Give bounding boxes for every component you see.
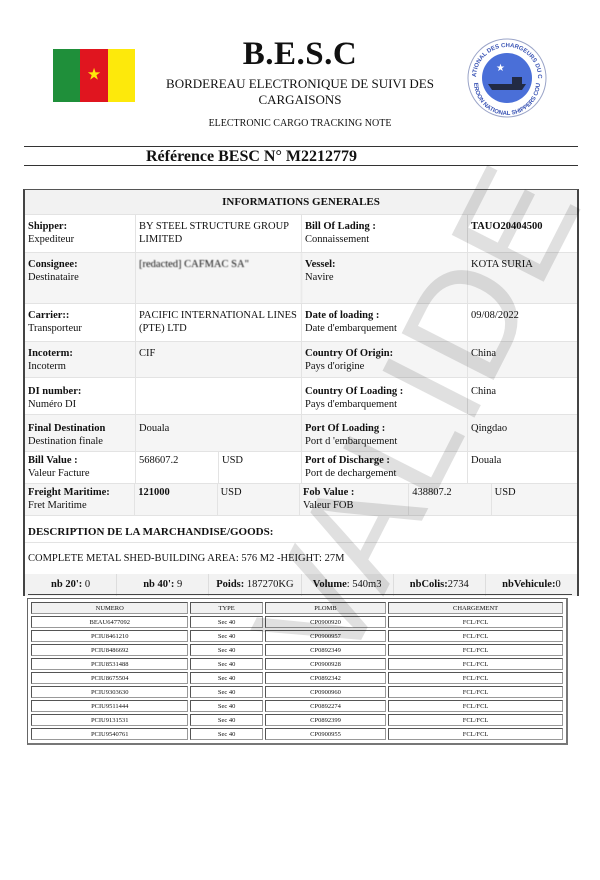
table-cell: CP0900957 xyxy=(265,630,386,642)
table-cell: Sec 40 xyxy=(190,672,262,684)
goods-heading: DESCRIPTION DE LA MARCHANDISE/GOODS: xyxy=(25,516,577,543)
document-subtitle: BORDEREAU ELECTRONIQUE DE SUIVI DES CARG… xyxy=(150,76,450,108)
info-row: Incoterm:IncotermCIFCountry Of Origin:Pa… xyxy=(25,342,577,378)
table-row: PCIU8486692Sec 40CP0892349FCL/FCL xyxy=(31,644,563,656)
document-header: B.E.S.C BORDEREAU ELECTRONIQUE DE SUIVI … xyxy=(150,36,450,108)
table-row: PCIU9303630Sec 40CP0900960FCL/FCL xyxy=(31,686,563,698)
goods-stat: nbColis:2734 xyxy=(394,574,486,596)
table-cell: Sec 40 xyxy=(190,728,262,740)
info-row-freight: Freight Maritime:Fret Maritime 121000 US… xyxy=(25,484,577,516)
info-row: Carrier::TransporteurPACIFIC INTERNATION… xyxy=(25,304,577,342)
table-cell: Sec 40 xyxy=(190,700,262,712)
info-row: Shipper:ExpediteurBY STEEL STRUCTURE GRO… xyxy=(25,215,577,253)
divider xyxy=(24,165,578,166)
field-value: BY STEEL STRUCTURE GROUP LIMITED xyxy=(136,215,302,252)
field-value: PACIFIC INTERNATIONAL LINES (PTE) LTD xyxy=(136,304,302,341)
shippers-council-seal-icon: CONSEIL NATIONAL DES CHARGEURS DU CAMERO… xyxy=(464,38,550,118)
table-cell: Sec 40 xyxy=(190,644,262,656)
table-cell: CP0900928 xyxy=(265,658,386,670)
table-cell: FCL/FCL xyxy=(388,714,563,726)
table-row: PCIU9540761Sec 40CP0900955FCL/FCL xyxy=(31,728,563,740)
table-cell: CP0892274 xyxy=(265,700,386,712)
table-cell: CP0892399 xyxy=(265,714,386,726)
field-value: CIF xyxy=(136,342,302,377)
table-cell: Sec 40 xyxy=(190,686,262,698)
table-row: BEAU6477092Sec 40CP0900920FCL/FCL xyxy=(31,616,563,628)
table-row: PCIU9511444Sec 40CP0892274FCL/FCL xyxy=(31,700,563,712)
table-cell: CP0900955 xyxy=(265,728,386,740)
fob-currency: USD xyxy=(492,484,577,515)
star-icon: ★ xyxy=(87,67,101,83)
freight-amount: 121000 xyxy=(135,484,217,515)
field-value: 09/08/2022 xyxy=(468,304,577,341)
svg-text:★: ★ xyxy=(496,63,505,74)
table-cell: PCIU8531488 xyxy=(31,658,188,670)
goods-stats: nb 20': 0nb 40': 9Poids: 187270KGVolume:… xyxy=(25,574,577,596)
document-title: B.E.S.C xyxy=(150,36,450,72)
bill-value-amount: 568607.2 xyxy=(136,452,219,483)
table-cell: FCL/FCL xyxy=(388,686,563,698)
table-cell: Sec 40 xyxy=(190,714,262,726)
column-header: CHARGEMENT xyxy=(388,602,563,614)
table-cell: CP0900960 xyxy=(265,686,386,698)
table-row: PCIU8531488Sec 40CP0900928FCL/FCL xyxy=(31,658,563,670)
info-row-bill-value: Bill Value :Valeur Facture 568607.2 USD … xyxy=(25,452,577,484)
table-row: PCIU8461210Sec 40CP0900957FCL/FCL xyxy=(31,630,563,642)
table-cell: Sec 40 xyxy=(190,616,262,628)
table-cell: CP0892349 xyxy=(265,644,386,656)
goods-stat: nbVehicule:0 xyxy=(486,574,577,596)
field-value: Douala xyxy=(136,415,302,451)
column-header: PLOMB xyxy=(265,602,386,614)
table-cell: CP0900920 xyxy=(265,616,386,628)
field-value: Qingdao xyxy=(468,415,577,451)
info-row: Final DestinationDestination finaleDoual… xyxy=(25,415,577,452)
section-heading: INFORMATIONS GENERALES xyxy=(25,190,577,215)
goods-stat: nb 20': 0 xyxy=(25,574,117,596)
cameroon-flag-icon: ★ xyxy=(53,49,135,102)
divider xyxy=(28,594,572,595)
info-row: Consignee:Destinataire[redacted] CAFMAC … xyxy=(25,253,577,304)
port-of-discharge-value: Douala xyxy=(468,452,577,483)
field-value: KOTA SURIA xyxy=(468,253,577,303)
table-cell: FCL/FCL xyxy=(388,728,563,740)
table-cell: FCL/FCL xyxy=(388,630,563,642)
info-row: DI number:Numéro DICountry Of Loading :P… xyxy=(25,378,577,415)
goods-stat: nb 40': 9 xyxy=(117,574,209,596)
table-cell: FCL/FCL xyxy=(388,644,563,656)
freight-currency: USD xyxy=(218,484,300,515)
table-cell: PCIU8486692 xyxy=(31,644,188,656)
table-cell: FCL/FCL xyxy=(388,672,563,684)
table-cell: FCL/FCL xyxy=(388,616,563,628)
goods-stat: Volume: 540m3 xyxy=(302,574,394,596)
table-cell: FCL/FCL xyxy=(388,700,563,712)
column-header: NUMERO xyxy=(31,602,188,614)
field-value: China xyxy=(468,342,577,377)
table-cell: BEAU6477092 xyxy=(31,616,188,628)
field-value xyxy=(136,378,302,414)
table-cell: Sec 40 xyxy=(190,630,262,642)
table-cell: PCIU9131531 xyxy=(31,714,188,726)
divider xyxy=(24,146,578,147)
table-cell: PCIU9511444 xyxy=(31,700,188,712)
field-value: TAUO20404500 xyxy=(468,215,577,252)
table-row: PCIU9131531Sec 40CP0892399FCL/FCL xyxy=(31,714,563,726)
table-cell: PCIU8461210 xyxy=(31,630,188,642)
table-cell: PCIU9540761 xyxy=(31,728,188,740)
field-value: [redacted] CAFMAC SA" xyxy=(136,253,302,303)
table-cell: Sec 40 xyxy=(190,658,262,670)
goods-stat: Poids: 187270KG xyxy=(209,574,301,596)
table-cell: PCIU8675504 xyxy=(31,672,188,684)
goods-description: COMPLETE METAL SHED-BUILDING AREA: 576 M… xyxy=(25,543,577,574)
table-row: PCIU8675504Sec 40CP0892342FCL/FCL xyxy=(31,672,563,684)
column-header: TYPE xyxy=(190,602,262,614)
field-value: China xyxy=(468,378,577,414)
table-cell: FCL/FCL xyxy=(388,658,563,670)
table-cell: PCIU9303630 xyxy=(31,686,188,698)
table-cell: CP0892342 xyxy=(265,672,386,684)
document-subtitle-en: ELECTRONIC CARGO TRACKING NOTE xyxy=(150,118,450,129)
besc-reference: Référence BESC N° M2212779 xyxy=(146,148,357,166)
containers-table: NUMEROTYPEPLOMBCHARGEMENT BEAU6477092Sec… xyxy=(27,598,568,745)
bill-value-currency: USD xyxy=(219,452,302,483)
fob-amount: 438807.2 xyxy=(409,484,491,515)
general-information-table: INFORMATIONS GENERALES Shipper:Expediteu… xyxy=(23,189,579,596)
